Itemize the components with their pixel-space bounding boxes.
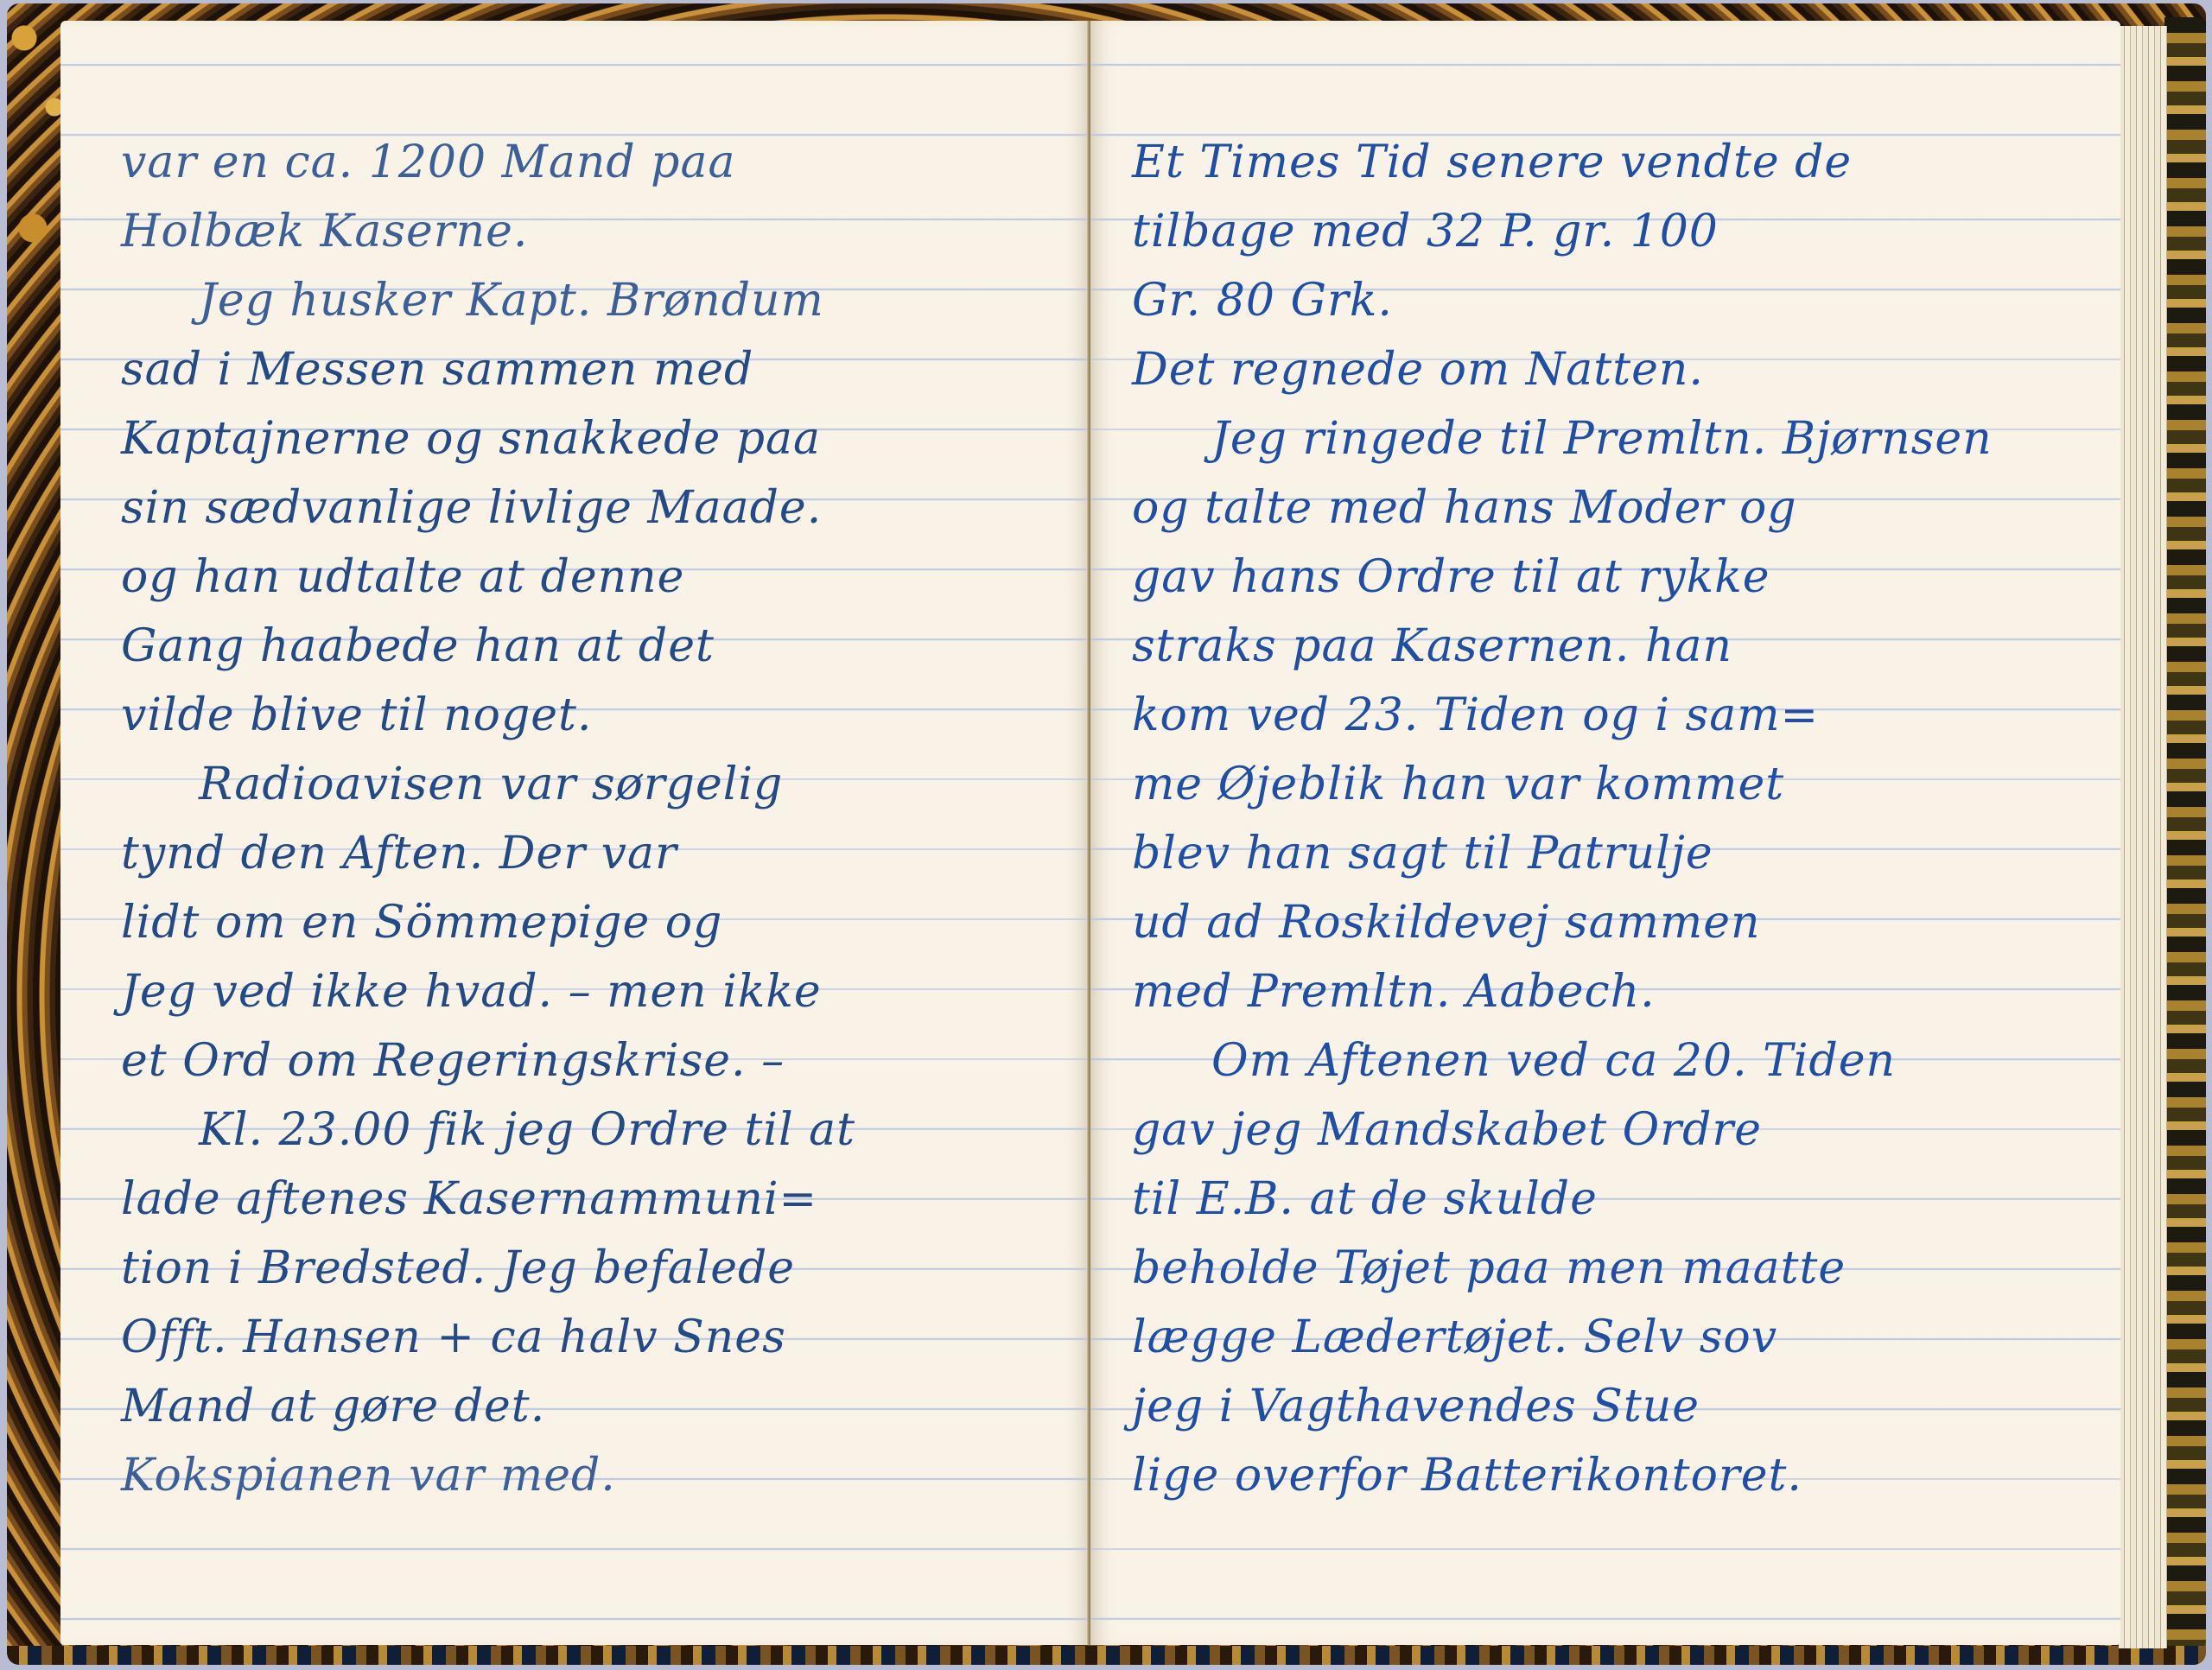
handwritten-line: Offt. Hansen + ca halv Snes [60,1303,1089,1372]
handwritten-line: sad i Messen sammen med [60,335,1089,404]
handwritten-line: lidt om en Sömmepige og [60,888,1089,957]
left-page-text: var en ca. 1200 Mand paa Holbæk Kaserne.… [60,150,1089,1533]
left-page: var en ca. 1200 Mand paa Holbæk Kaserne.… [60,21,1089,1645]
handwritten-line: tion i Bredsted. Jeg befalede [60,1234,1089,1303]
handwritten-line: Om Aftenen ved ca 20. Tiden [1090,1026,2120,1095]
right-page: Et Times Tid senere vendte de tilbage me… [1090,21,2120,1645]
handwritten-line: tilbage med 32 P. gr. 100 [1090,197,2120,266]
handwritten-line: sin sædvanlige livlige Maade. [60,473,1089,543]
cover-bottom-edge [7,1646,2206,1665]
handwritten-line: Kl. 23.00 fik jeg Ordre til at [60,1095,1089,1165]
handwritten-line: lægge Lædertøjet. Selv sov [1090,1303,2120,1372]
handwritten-line: jeg i Vagthavendes Stue [1090,1372,2120,1441]
handwritten-line: Jeg husker Kapt. Brøndum [60,266,1089,335]
handwritten-line: Gr. 80 Grk. [1090,266,2120,335]
handwritten-line: Jeg ringede til Premltn. Bjørnsen [1090,404,2120,473]
handwritten-line: et Ord om Regeringskrise. – [60,1026,1089,1095]
handwritten-line: beholde Tøjet paa men maatte [1090,1234,2120,1303]
handwritten-line: til E.B. at de skulde [1090,1165,2120,1234]
handwritten-line: Gang haabede han at det [60,612,1089,681]
handwritten-line: lade aftenes Kasernammuni= [60,1165,1089,1234]
handwritten-line: Holbæk Kaserne. [60,197,1089,266]
handwritten-line: tynd den Aften. Der var [60,819,1089,888]
handwritten-line: og talte med hans Moder og [1090,473,2120,543]
right-page-text: Et Times Tid senere vendte de tilbage me… [1090,150,2120,1533]
handwritten-line: Kokspianen var med. [60,1441,1089,1510]
handwritten-line: gav hans Ordre til at rykke [1090,543,2120,612]
handwritten-line: vilde blive til noget. [60,681,1089,750]
handwritten-line: kom ved 23. Tiden og i sam= [1090,681,2120,750]
handwritten-line: var en ca. 1200 Mand paa [60,128,1089,197]
handwritten-line: ud ad Roskildevej sammen [1090,888,2120,957]
handwritten-line: og han udtalte at denne [60,543,1089,612]
page-stack-edges [2119,26,2167,1648]
handwritten-line: lige overfor Batterikontoret. [1090,1441,2120,1510]
handwritten-line: me Øjeblik han var kommet [1090,750,2120,819]
handwritten-line: straks paa Kasernen. han [1090,612,2120,681]
handwritten-line: med Premltn. Aabech. [1090,957,2120,1026]
handwritten-line: Radioavisen var sørgelig [60,750,1089,819]
handwritten-line: Kaptajnerne og snakkede paa [60,404,1089,473]
handwritten-line: blev han sagt til Patrulje [1090,819,2120,888]
handwritten-line: Et Times Tid senere vendte de [1090,128,2120,197]
handwritten-line: Det regnede om Natten. [1090,335,2120,404]
handwritten-line: Jeg ved ikke hvad. – men ikke [60,957,1089,1026]
handwritten-line: Mand at gøre det. [60,1372,1089,1441]
cover-right-edge [2164,17,2206,1650]
handwritten-line: gav jeg Mandskabet Ordre [1090,1095,2120,1165]
